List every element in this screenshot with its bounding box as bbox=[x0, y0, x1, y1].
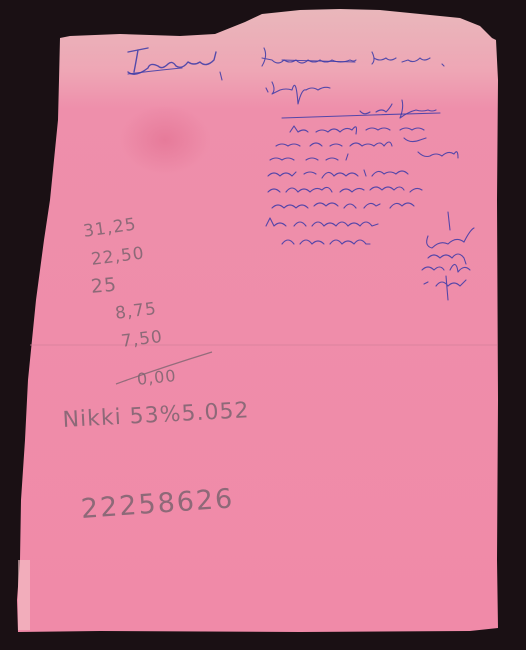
torn-paper-sheet bbox=[0, 0, 526, 650]
pencil-addend-3: 25 bbox=[90, 274, 118, 298]
paper-shape bbox=[17, 9, 498, 632]
